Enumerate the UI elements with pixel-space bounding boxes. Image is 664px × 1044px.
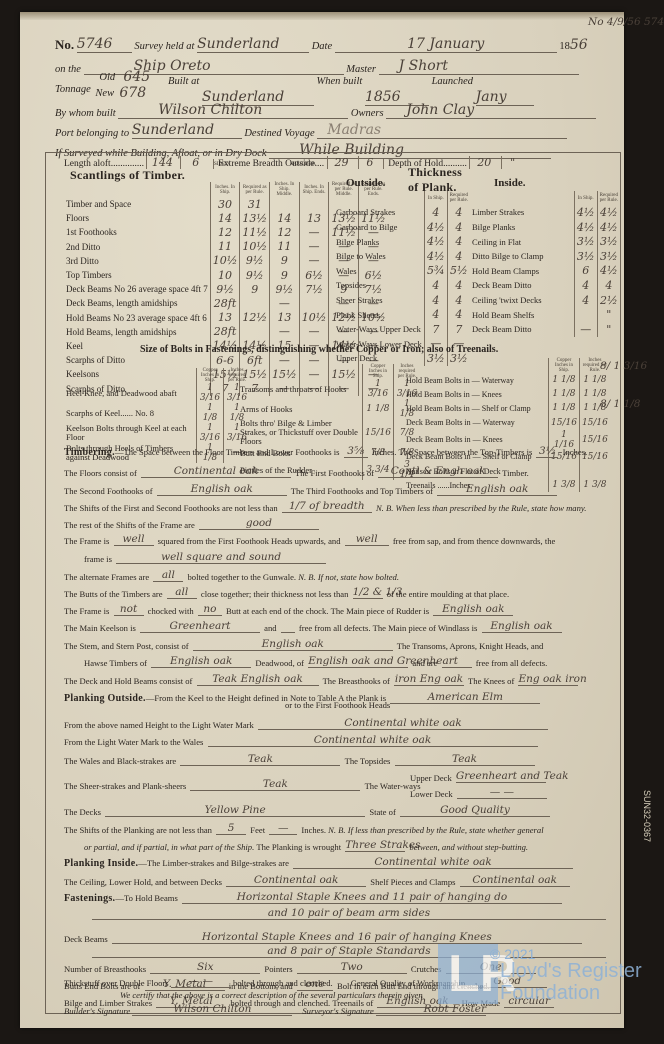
- bolt-row: Arms of Hooks1 1/81 1/8: [238, 399, 420, 419]
- bolt-row: Keelson Bolts through Keel at each Floor…: [64, 423, 250, 443]
- handwritten-entry: all: [162, 569, 175, 581]
- plank-row: Deck Beam Ditto—": [470, 322, 620, 337]
- certification-statement: We certify that the above is a correct d…: [120, 990, 423, 1000]
- form-line: The Deck and Hold Beams consist of Teak …: [64, 673, 580, 686]
- handwritten-entry: 3⅝: [347, 445, 364, 457]
- handwritten-entry: —: [278, 822, 289, 834]
- lr-foundation-logo: LR: [438, 944, 498, 1004]
- plank-inside-table: In Ship.Required per Rule.Limber Strakes…: [470, 191, 620, 337]
- plank-row: Hold Beam Shelfs": [470, 307, 620, 322]
- bolts-middle-table: Copper Inches in Ship.Inches required pe…: [238, 364, 420, 480]
- bolts-title: Size of Bolts in Fastenings, distinguish…: [140, 344, 498, 355]
- header-line-1: No. 5746 Survey held at Sunderland Date …: [55, 36, 588, 53]
- handwritten-entry: Teak English oak: [212, 673, 303, 685]
- header-line-4: By whom built Wilson Chilton Owners John…: [55, 102, 596, 119]
- breadth-feet: 29: [327, 156, 356, 169]
- handwritten-entry: Good Quality: [440, 804, 510, 816]
- handwritten-entry: iron Eng oak: [395, 673, 463, 685]
- destined-voyage: Madras: [327, 122, 381, 138]
- form-line: The alternate Frames are all bolted toge…: [64, 569, 399, 582]
- handwritten-entry: well: [123, 533, 145, 545]
- tonnage-new: 678: [119, 85, 146, 101]
- plank-row: Garboard Strakes44: [334, 205, 470, 220]
- bolt-row: Hold Beam Bolts in — Knees1 1/81 1/8: [404, 387, 610, 401]
- form-line: or to the First Foothook Heads: [285, 700, 390, 710]
- handwritten-entry: Yellow Pine: [205, 804, 266, 816]
- survey-date: 17 January: [407, 36, 484, 52]
- owners: John Clay: [406, 102, 474, 118]
- depth-inches: ": [501, 156, 524, 169]
- handwritten-entry: English oak: [262, 638, 324, 650]
- bolt-row: Hold Beam Bolts in — Waterway1 1/81 1/8: [404, 373, 610, 387]
- plank-row: Ceiling in Flat3½3½: [470, 234, 620, 249]
- handwritten-entry: Teak: [452, 753, 477, 765]
- breadth-inches: 6: [358, 156, 381, 169]
- form-line: The Decks Yellow Pine State of Good Qual…: [64, 804, 552, 817]
- handwritten-entry: not: [120, 603, 137, 615]
- handwritten-entry: Continental oak: [174, 465, 259, 477]
- form-line: The Shifts of the First and Second Footh…: [64, 500, 586, 513]
- handwritten-entry: Teak: [263, 778, 288, 790]
- bolt-row: Heel Knee, and Deadwood abaft1 3/161 3/1…: [64, 383, 250, 403]
- form-line: The Ceiling, Lower Hold, and between Dec…: [64, 874, 572, 887]
- margin-note-1: 8/ 1 3/16: [600, 360, 647, 372]
- handwritten-entry: and 8 pair of Staple Standards: [267, 945, 430, 957]
- corner-reference: No 4/9/56 5746: [588, 16, 664, 28]
- builder-signature: Wilson Chilton: [173, 1003, 251, 1015]
- handwritten-entry: all: [175, 586, 188, 598]
- plank-row: Bilge Planks4½4½: [470, 220, 620, 235]
- port: Sunderland: [132, 122, 214, 138]
- handwritten-entry: English oak: [442, 603, 504, 615]
- handwritten-entry: English oak: [170, 655, 232, 667]
- plank-row: Plank Sheers44: [334, 307, 470, 322]
- form-line: Upper Deck Greenheart and Teak: [410, 770, 548, 783]
- form-line: The Butts of the Timbers are all close t…: [64, 586, 509, 599]
- form-line: The Frame is well squared from the First…: [64, 533, 555, 546]
- plank-row: Water-Ways Upper Deck77: [334, 322, 470, 337]
- form-line: The rest of the Shifts of the Frame are …: [64, 517, 321, 530]
- form-line: frame is well square and sound: [84, 551, 328, 564]
- bolt-row: Deck Beam Bolts in — Waterway15/1615/16: [404, 416, 610, 430]
- handwritten-entry: Continental white oak: [314, 734, 431, 746]
- form-line: or partial, and if partial, in what part…: [84, 839, 528, 852]
- plank-row: Topsides44: [334, 278, 470, 293]
- form-line: The Floors consist of Continental oak Th…: [64, 465, 529, 478]
- tonnage-old: 645: [123, 69, 150, 85]
- form-line: Lower Deck — —: [410, 786, 549, 799]
- plank-row: Hold Beam Clamps64½: [470, 264, 620, 279]
- handwritten-entry: 3½: [539, 445, 556, 457]
- handwritten-entry: — —: [490, 786, 514, 798]
- bolt-row: Transoms and throats of Hooks1 3/161 3/1…: [238, 379, 420, 399]
- handwritten-entry: English oak: [490, 620, 552, 632]
- handwritten-entry: Continental white oak: [374, 856, 491, 868]
- watermark-text: Lloyd's RegisterFoundation: [500, 960, 642, 1004]
- margin-note-2: 8/ 1 1/8: [600, 398, 640, 410]
- survey-year: 56: [570, 37, 588, 53]
- handwritten-entry: and 10 pair of beam arm sides: [268, 907, 430, 919]
- handwritten-entry: Six: [197, 961, 213, 973]
- handwritten-entry: Horizontal Staple Knees and 11 pair of h…: [237, 891, 507, 903]
- handwritten-entry: English oak: [191, 483, 253, 495]
- form-line: Hawse Timbers of English oak Deadwood, o…: [84, 655, 547, 668]
- handwritten-entry: Continental oak: [472, 874, 557, 886]
- plank-row: Garboard to Bilge4½4: [334, 220, 470, 235]
- scantlings-section: Scantlings of Timber. SIDED. MOULDED. In…: [64, 168, 185, 183]
- handwritten-entry: Greenheart: [169, 620, 230, 632]
- report-number: 5746: [77, 36, 113, 52]
- bolt-row: Scarphs of Keel...... No. 81 1/81 1/8: [64, 403, 250, 423]
- depth-feet: 20: [469, 156, 498, 169]
- form-line: The Frame is not chocked with no Butt at…: [64, 603, 515, 616]
- form-line: The Shifts of the Planking are not less …: [64, 822, 544, 835]
- surveyor-signature: Robt Foster: [424, 1003, 486, 1015]
- handwritten-entry: no: [203, 603, 216, 615]
- plank-row: Wales5¾5½: [334, 264, 470, 279]
- builder-name: Wilson Chilton: [158, 102, 262, 118]
- handwritten-entry: Two: [341, 961, 363, 973]
- handwritten-entry: Horizontal Staple Knees and 16 pair of h…: [202, 931, 492, 943]
- handwritten-entry: well: [356, 533, 378, 545]
- header-line-5: Port belonging to Sunderland Destined Vo…: [55, 122, 567, 139]
- form-line: The Stem, and Stern Post, consist of Eng…: [64, 638, 543, 651]
- handwritten-entry: English oak: [466, 483, 528, 495]
- form-line: The Sheer-strakes and Plank-sheers Teak …: [64, 778, 421, 791]
- form-line: Fastenings.—To Hold Beams Horizontal Sta…: [64, 891, 564, 904]
- handwritten-entry: 1/7 of breadth: [289, 500, 365, 512]
- plank-row: Deck Beam Ditto44: [470, 278, 620, 293]
- handwritten-entry: Contl & Engh oak: [391, 465, 486, 477]
- plank-outside-table: In Ship.Required per Rule.Garboard Strak…: [334, 191, 470, 366]
- form-line: Timbering.—The Space between the Floor T…: [64, 445, 587, 458]
- handwritten-entry: well square and sound: [161, 551, 281, 563]
- form-line: From the above named Height to the Light…: [64, 717, 550, 730]
- survey-location: Sunderland: [197, 36, 279, 52]
- form-line: Deck Beams Horizontal Staple Knees and 1…: [64, 931, 584, 944]
- bolt-row: Hold Beam Bolts in — Shelf or Clamp1 1/8…: [404, 401, 610, 415]
- handwritten-entry: Continental white oak: [344, 717, 461, 729]
- form-line: The Wales and Black-strakes are Teak The…: [64, 753, 537, 766]
- plank-row: Ditto Bilge to Clamp3½3½: [470, 249, 620, 264]
- plank-row: Limber Strakes4½4½: [470, 205, 620, 220]
- bolt-row: Bolts thro' Bilge & Limber Strakes, or T…: [238, 419, 420, 446]
- handwritten-entry: 5: [228, 822, 235, 834]
- handwritten-entry: American Elm: [428, 691, 503, 703]
- handwritten-entry: good: [246, 517, 272, 529]
- handwritten-entry: Greenheart and Teak: [456, 770, 569, 782]
- form-line: The Second Foothooks of English oak The …: [64, 483, 559, 496]
- form-line: and 10 pair of beam arm sides: [90, 907, 608, 920]
- plank-row: Ceiling 'twixt Decks42½: [470, 293, 620, 308]
- plank-row: Bilge to Wales4½4: [334, 249, 470, 264]
- archive-reference: SUN32-0367: [642, 790, 652, 842]
- plank-row: Bilge Planks4½4: [334, 234, 470, 249]
- form-line: From the Light Water Mark to the Wales C…: [64, 734, 540, 747]
- master-name: J Short: [399, 58, 448, 74]
- handwritten-entry: Teak: [248, 753, 273, 765]
- plank-row: Sheer Strakes44: [334, 293, 470, 308]
- signature-line: Builder's Signature Wilson ChiltonSurvey…: [64, 1003, 486, 1016]
- form-line: Planking Inside.—The Limber-strakes and …: [64, 856, 575, 869]
- form-line: The Main Keelson is Greenheart and free …: [64, 620, 564, 633]
- handwritten-entry: Continental oak: [254, 874, 339, 886]
- handwritten-entry: Eng oak iron: [518, 673, 586, 685]
